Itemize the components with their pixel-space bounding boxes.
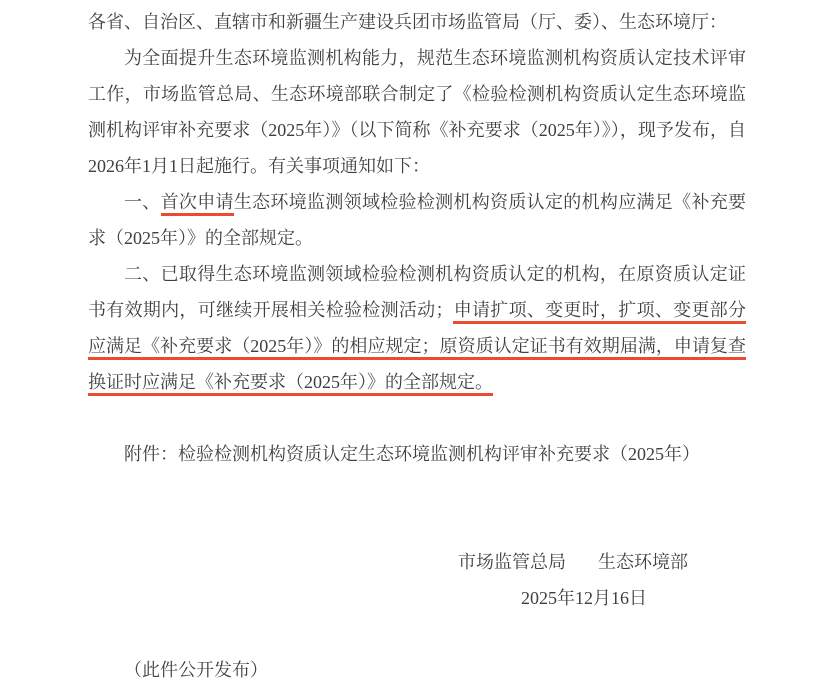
item-one-prefix: 一、 [124,192,161,212]
agency-ecology-environment: 生态环境部 [598,552,688,572]
document-page: 各省、自治区、直辖市和新疆生产建设兵团市场监管局（厅、委）、生态环境厅： 为全面… [0,0,831,680]
public-release-note: （此件公开发布） [88,652,746,680]
item-one-underlined-text: 首次申请 [161,192,234,216]
signature-agencies: 市场监管总局生态环境部 [88,544,746,580]
signature-date: 2025年12月16日 [88,580,746,616]
paragraph-item-one: 一、首次申请生态环境监测领域检验检测机构资质认定的机构应满足《补充要求（2025… [88,184,746,256]
paragraph-item-two: 二、已取得生态环境监测领域检验检测机构资质认定的机构，在原资质认定证书有效期内，… [88,256,746,400]
attachment-line: 附件：检验检测机构资质认定生态环境监测机构评审补充要求（2025年） [88,436,746,472]
signature-block: 市场监管总局生态环境部 2025年12月16日 [88,544,746,616]
paragraph-intro: 为全面提升生态环境监测机构能力，规范生态环境监测机构资质认定技术评审工作，市场监… [88,40,746,184]
agency-market-regulation: 市场监管总局 [458,552,566,572]
salutation-line: 各省、自治区、直辖市和新疆生产建设兵团市场监管局（厅、委）、生态环境厅： [88,4,746,40]
